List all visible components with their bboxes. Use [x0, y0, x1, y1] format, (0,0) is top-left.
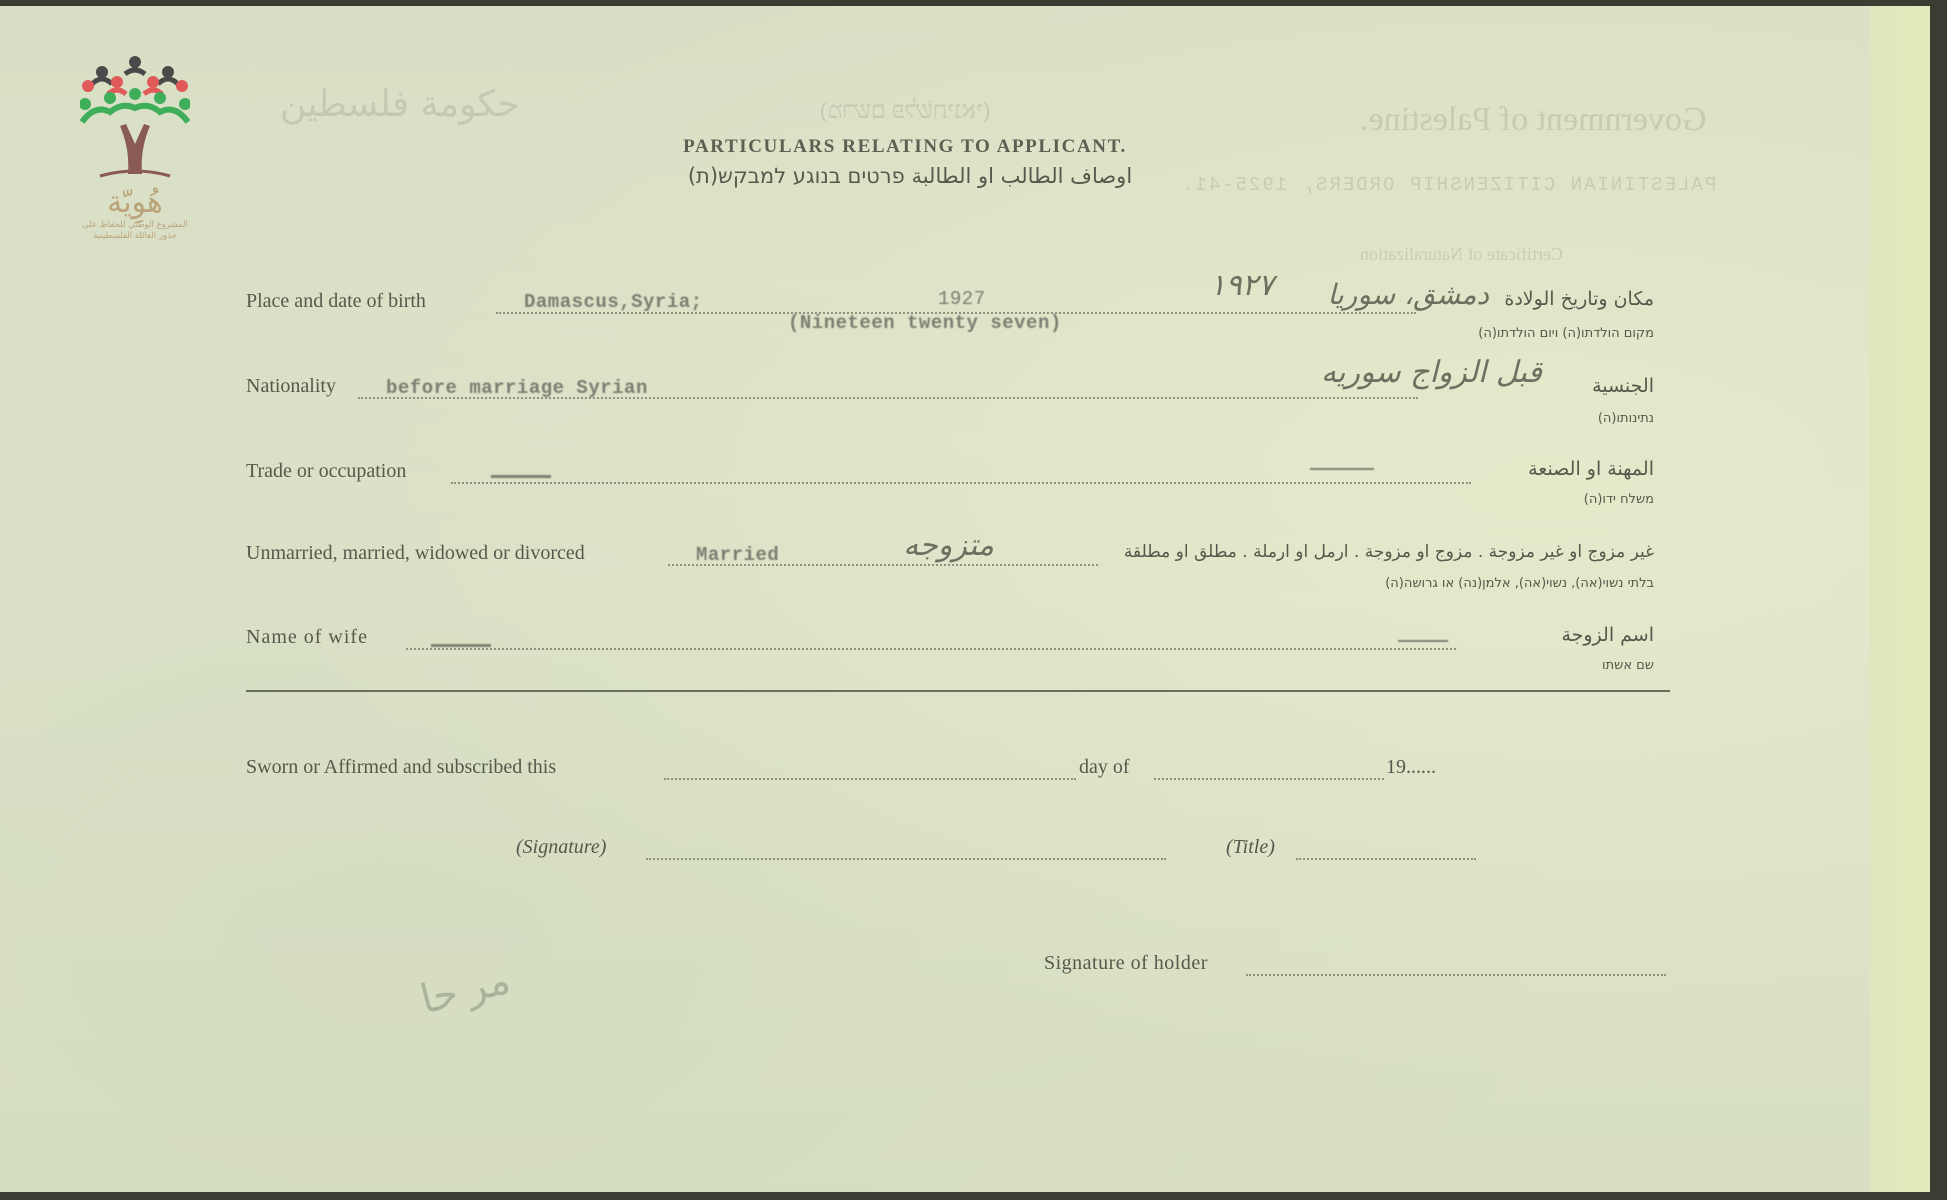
wife-handwritten-dash [1398, 640, 1448, 642]
signature-label: (Signature) [516, 836, 606, 859]
bleed-top-center: (מרשם פּלשׂתינאי) [820, 98, 990, 125]
sworn-label: Sworn or Affirmed and subscribed this [246, 756, 556, 779]
marital-label-arabic: غير مزوج او غير مزوجة . مزوج او مزوجة . … [1124, 542, 1654, 562]
holder-label: Signature of holder [1044, 952, 1208, 975]
title-arabic-hebrew: اوصاف الطالب او الطالبة פרטים בנוגע למבק… [0, 164, 1930, 188]
field-occupation: Trade or occupation المهنة او الصنعة משל… [246, 456, 1654, 516]
occupation-label-hebrew: משלח ידו(ה) [1584, 492, 1654, 507]
wife-label-arabic: اسم الزوجة [1561, 624, 1654, 646]
field-birth: Place and date of birth Damascus,Syria; … [246, 286, 1654, 346]
marital-label-hebrew: בלתי נשוי(אה), נשוי(אה), אלמן(נה) או גרו… [1385, 576, 1654, 591]
nationality-label: Nationality [246, 375, 336, 398]
signature-dotted [646, 858, 1166, 860]
holder-dotted [1246, 974, 1666, 976]
occupation-typed-dash [491, 475, 551, 478]
birth-label: Place and date of birth [246, 290, 426, 313]
field-nationality: Nationality before marriage Syrian قبل ا… [246, 371, 1654, 431]
field-name-of-wife: Name of wife اسم الزوجة שם אשתו [246, 622, 1654, 682]
year-prefix: 19...... [1386, 756, 1436, 779]
brand-name: هُوِيّة [70, 185, 200, 220]
brand-tagline-1: المشروع الوطني للحفاظ على [70, 220, 200, 231]
oath-sworn-line: Sworn or Affirmed and subscribed this da… [246, 752, 1654, 792]
bleed-gov-header: Government of Palestine. [1360, 101, 1707, 139]
occupation-label-arabic: المهنة او الصنعة [1528, 458, 1654, 480]
oath-signature-line: (Signature) (Title) [246, 832, 1654, 872]
marital-label: Unmarried, married, widowed or divorced [246, 542, 585, 565]
birth-label-hebrew: מקום הולדתו(ה) ויום הולדתו(ה) [1478, 326, 1654, 341]
title-label: (Title) [1226, 836, 1275, 859]
section-divider [246, 690, 1670, 692]
sworn-month-dotted [1154, 778, 1384, 780]
occupation-handwritten-dash [1310, 468, 1374, 470]
wife-dotted-line [406, 648, 1456, 650]
birth-handwritten-place: دمشق، سوريا [1327, 278, 1489, 311]
document-page: Government of Palestine. PALESTINIAN CIT… [0, 6, 1930, 1192]
nationality-label-arabic: الجنسية [1592, 375, 1654, 397]
title-dotted [1296, 858, 1476, 860]
sworn-day-dotted [664, 778, 1076, 780]
birth-label-arabic: مكان وتاريخ الولادة [1504, 288, 1654, 310]
bleed-cert: Certificate of Naturalization [1360, 244, 1563, 265]
bleed-left-arabic: حكومة فلسطين [280, 84, 520, 125]
marital-typed: Married [696, 544, 779, 566]
field-marital-status: Unmarried, married, widowed or divorced … [246, 538, 1654, 598]
marital-handwritten: متزوجه [903, 528, 994, 563]
nationality-handwritten: قبل الزواج سوريه [1321, 355, 1542, 390]
occupation-label: Trade or occupation [246, 460, 406, 483]
birth-year-typed: 1927 [938, 288, 986, 310]
day-of-label: day of [1079, 756, 1130, 779]
nationality-label-hebrew: נתינותו(ה) [1598, 411, 1654, 426]
occupation-dotted-line [451, 482, 1471, 484]
wife-label-hebrew: שם אשתו [1602, 658, 1654, 673]
wife-typed-dash [431, 644, 491, 647]
birth-handwritten-year: ١٩٢٧ [1210, 268, 1274, 303]
wife-label: Name of wife [246, 626, 368, 649]
birth-year-words: (Nineteen twenty seven) [788, 312, 1062, 334]
section-header: PARTICULARS RELATING TO APPLICANT. اوصاف… [0, 136, 1930, 188]
birth-place-typed: Damascus,Syria; [524, 291, 703, 313]
brand-tagline-2: جذور العائلة الفلسطينية [70, 231, 200, 242]
title-english: PARTICULARS RELATING TO APPLICANT. [0, 136, 1930, 158]
nationality-typed: before marriage Syrian [386, 377, 648, 399]
